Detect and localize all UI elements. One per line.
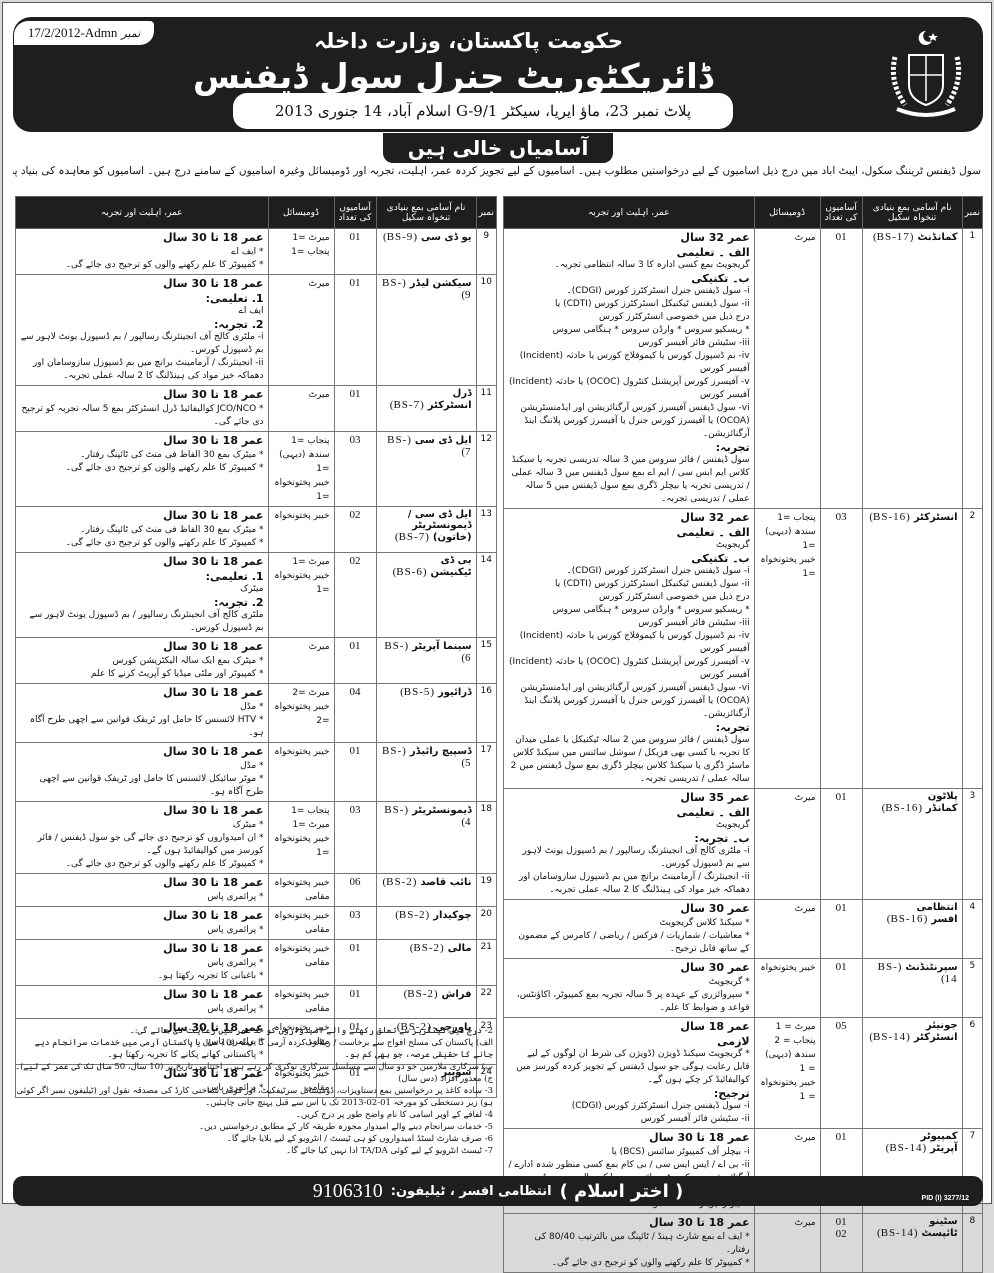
- post-name: مالی(BS-2): [376, 940, 476, 986]
- requirement-line: * معاشیات / شماریات / فزکس / ریاضی / کام…: [508, 930, 750, 956]
- age-requirement: عمر 18 تا 30 سال: [20, 277, 264, 290]
- requirement-line: * JCO/NCO کوالیفائیڈ ڈرل انسٹرکٹر بمع 5 …: [20, 403, 264, 429]
- post-count: 06: [334, 874, 376, 907]
- age-requirement: عمر 32 سال: [508, 231, 750, 244]
- post-title: مالی: [448, 943, 472, 954]
- post-title: فراش: [442, 989, 472, 1000]
- post-title: انسٹرکٹر: [914, 512, 958, 523]
- row-number: 21: [476, 940, 496, 986]
- requirement-line: * کمپیوٹر کا علم رکھنے والوں کو ترجیح دی…: [20, 462, 264, 475]
- age-requirement: عمر 30 سال: [508, 902, 750, 915]
- post-name: نائب قاصد(BS-2): [376, 874, 476, 907]
- note-item: 4- لفافے کے اوپر اسامی کا نام واضح طور پ…: [13, 1109, 493, 1121]
- vacancies-table-left: نمبر نام آسامی بمع بنیادی تنخواہ سکیل آس…: [15, 196, 497, 1098]
- count-value: 01: [339, 988, 372, 1000]
- table-row: 9یو ڈی سی(BS-9)01میرٹ =1پنجاب =1عمر 18 ت…: [16, 229, 497, 275]
- row-number: 17: [476, 743, 496, 802]
- age-requirement: عمر 18 تا 30 سال: [20, 745, 264, 758]
- post-title: یو ڈی سی: [421, 232, 472, 243]
- post-count: 01: [334, 229, 376, 275]
- requirement-line: i- بیچلر آف کمپیوٹر سائنس (BCS) یا: [508, 1146, 750, 1159]
- domicile-quota: پنجاب =1: [273, 804, 330, 818]
- domicile: خیبر پختونخواہ مقامی: [268, 940, 334, 986]
- domicile-quota: سندھ (دیہی) =1: [273, 448, 330, 476]
- requirement-line: * ان امیدواروں کو ترجیح دی جائے گی جو سو…: [20, 832, 264, 858]
- count-value: 01: [339, 640, 372, 652]
- col-domicile: ڈومیسائل: [754, 197, 820, 229]
- requirement-line: گریجویٹ: [508, 819, 750, 832]
- note-item: الف) پاکستان کی مسلح افواج سے برخاست / ر…: [13, 1037, 493, 1061]
- requirement-line: ب۔ تکنیکی: [508, 272, 750, 285]
- pay-scale: (BS-2): [404, 988, 438, 1000]
- pay-scale: (BS-6): [393, 566, 427, 578]
- officer-title: انتظامی افسر ، ٹیلیفون:: [391, 1184, 552, 1199]
- age-requirement: عمر 18 تا 30 سال: [20, 942, 264, 955]
- count-value: 01: [825, 231, 858, 243]
- requirement-line: تجربہ:: [508, 721, 750, 734]
- domicile-quota: میرٹ: [273, 640, 330, 654]
- requirement-line: ii- سول ڈیفنس ٹیکنیکل انسٹرکٹرز کورس (CD…: [508, 578, 750, 591]
- count-value: 02: [339, 555, 372, 567]
- count-value: 01: [339, 745, 372, 757]
- note-item: 3- سادہ کاغذ پر درخواستیں بمع دستاویزات،…: [13, 1085, 493, 1109]
- domicile-quota: پنجاب =1: [273, 245, 330, 259]
- requirements: عمر 18 تا 30 سال* پرائمری پاس: [16, 874, 269, 907]
- pid-number: PID (I) 3277/12: [922, 1195, 969, 1202]
- domicile: خیبر پختونخواہ مقامی: [268, 986, 334, 1019]
- requirements: عمر 18 تا 30 سال1. تعلیمی:میٹرک2. تجربہ:…: [16, 553, 269, 638]
- requirements: عمر 30 سال* گریجویٹ* سپروائزری کے عہدہ پ…: [504, 959, 755, 1018]
- post-count: 01: [334, 386, 376, 432]
- age-requirement: عمر 18 تا 30 سال: [20, 509, 264, 522]
- table-row: 6جونیئر انسٹرکٹر(BS-14)05میرٹ = 1پنجاب =…: [504, 1018, 983, 1129]
- row-number: 14: [476, 553, 496, 638]
- domicile: خیبر پختونخواہ: [268, 507, 334, 553]
- post-name: ڈرائیور(BS-5): [376, 684, 476, 743]
- requirement-line: ii- سٹیشن فائر آفیسر کورس: [508, 1113, 750, 1126]
- note-item: 7- ٹیسٹ انٹرویو کے لیے کوئی TA/DA ادا نہ…: [13, 1145, 493, 1157]
- post-title: ڈسپیچ رائیڈر: [410, 746, 472, 757]
- post-title: ڈرل انسٹرکٹر: [428, 388, 472, 411]
- age-requirement: عمر 18 تا 30 سال: [20, 988, 264, 1001]
- requirement-line: i- ملٹری کالج آف انجینئرنگ رسالپور / بم …: [508, 845, 750, 871]
- requirement-line: * کمپیوٹر کا علم رکھنے والوں کو ترجیح دی…: [20, 537, 264, 550]
- count-value: 04: [339, 686, 372, 698]
- requirements: عمر 18 تا 30 سال* پرائمری پاس* باغبانی ک…: [16, 940, 269, 986]
- row-number: 2: [962, 509, 982, 789]
- requirements: عمر 18 تا 30 سال* مڈل* موٹر سائیکل لائسن…: [16, 743, 269, 802]
- pay-scale: (BS-17): [873, 231, 913, 243]
- age-requirement: عمر 18 تا 30 سال: [20, 388, 264, 401]
- post-count: 01: [334, 986, 376, 1019]
- col-count: آسامیوں کی تعداد: [820, 197, 862, 229]
- note-item: ج) معذور افراد (دس سال): [13, 1073, 493, 1085]
- post-name: انتظامی افسر(BS-16): [862, 900, 962, 959]
- requirement-line: ملٹری کالج آف انجینئرنگ رسالپور / بم ڈسپ…: [20, 609, 264, 635]
- row-number: 20: [476, 907, 496, 940]
- post-count: 03: [820, 509, 862, 789]
- domicile: میرٹ: [268, 386, 334, 432]
- age-requirement: عمر 18 تا 30 سال: [20, 640, 264, 653]
- table-row: 13ایل ڈی سی / ڈیمونسٹریٹر (خاتون)(BS-7)0…: [16, 507, 497, 553]
- domicile: پنجاب =1سندھ (دیہی) =1خیبر پختونخواہ =1: [268, 432, 334, 507]
- row-number: 13: [476, 507, 496, 553]
- age-requirement: عمر 18 تا 30 سال: [20, 231, 264, 244]
- requirements: عمر 18 تا 30 سال* مڈل* HTV لائسنس کا حام…: [16, 684, 269, 743]
- domicile: میرٹ =1پنجاب =1: [268, 229, 334, 275]
- requirement-line: ii- انجینئرنگ / آرمامینٹ برانچ میں بم ڈس…: [20, 357, 264, 383]
- signature-footer: ( اختر اسلام ) انتظامی افسر ، ٹیلیفون: 9…: [13, 1176, 983, 1206]
- age-requirement: عمر 30 سال: [508, 961, 750, 974]
- post-name: سپرنٹنڈنٹ(BS-14): [862, 959, 962, 1018]
- reference-number-label: نمبر: [121, 27, 140, 40]
- post-name: ڈسپیچ رائیڈر(BS-5): [376, 743, 476, 802]
- requirement-line: ii- انجینئرنگ / آرمامینٹ برانچ میں بم ڈس…: [508, 871, 750, 897]
- pay-scale: (BS-2): [395, 909, 429, 921]
- post-title: پلاٹون کمانڈر: [926, 791, 958, 814]
- domicile-quota: پنجاب =1: [273, 434, 330, 448]
- table-row: 21مالی(BS-2)01خیبر پختونخواہ مقامیعمر 18…: [16, 940, 497, 986]
- col-requirements: عمر، اہلیت اور تجربہ: [504, 197, 755, 229]
- table-row: 15سینما آپریٹر(BS-6)01میرٹعمر 18 تا 30 س…: [16, 638, 497, 684]
- post-count: 05: [820, 1018, 862, 1129]
- domicile: خیبر پختونخواہ: [268, 743, 334, 802]
- domicile-quota: میرٹ =2: [273, 686, 330, 700]
- count-value: 01: [825, 1131, 858, 1143]
- intro-text: سول ڈیفنس ٹریننگ سکول، ایبٹ آباد میں درج…: [13, 165, 981, 177]
- count-value: 01: [825, 902, 858, 914]
- table-row: 18ڈیمونسٹریٹر(BS-4)03پنجاب =1میرٹ =1خیبر…: [16, 802, 497, 874]
- post-title: سینما آپریٹر: [412, 641, 471, 652]
- requirement-line: ترجیح:: [508, 1087, 750, 1100]
- requirements: عمر 18 تا 30 سال* پرائمری پاس: [16, 907, 269, 940]
- col-requirements: عمر، اہلیت اور تجربہ: [16, 197, 269, 229]
- col-name: نام آسامی بمع بنیادی تنخواہ سکیل: [862, 197, 962, 229]
- terms-notes: 2- درج ذیل کیٹگریز سے تعلق رکھنے والے ام…: [13, 1025, 493, 1157]
- post-count: 03: [334, 907, 376, 940]
- col-name: نام آسامی بمع بنیادی تنخواہ سکیل: [376, 197, 476, 229]
- domicile-quota: خیبر پختونخواہ =2: [273, 700, 330, 728]
- post-name: ڈرل انسٹرکٹر(BS-7): [376, 386, 476, 432]
- address-line: پلاٹ نمبر 23، ماؤ ایریا، سیکٹر G-9/1 اسل…: [233, 93, 733, 129]
- requirement-line: * میٹرک بمع 30 الفاظ فی منٹ کی ٹائپنگ رف…: [20, 449, 264, 462]
- post-name: ایل ڈی سی(BS-7): [376, 432, 476, 507]
- pay-scale: (BS-2): [410, 942, 444, 954]
- note-item: 6- صرف شارٹ لسٹڈ امیدواروں کو ہی ٹیسٹ / …: [13, 1133, 493, 1145]
- pay-scale: (BS-9): [383, 231, 417, 243]
- domicile-quota: سندھ (دیہی) = 1: [759, 1048, 816, 1076]
- count-value: 01: [339, 231, 372, 243]
- domicile-quota: خیبر پختونخواہ: [759, 961, 816, 975]
- post-count: 03: [334, 432, 376, 507]
- table-row: 20چوکیدار(BS-2)03خیبر پختونخواہ مقامیعمر…: [16, 907, 497, 940]
- row-number: 9: [476, 229, 496, 275]
- requirement-line: گریجویٹ بمع کسی ادارہ کا 3 سالہ انتظامی …: [508, 259, 750, 272]
- domicile: میرٹ: [268, 638, 334, 684]
- age-requirement: عمر 18 تا 30 سال: [20, 686, 264, 699]
- requirement-line: * سیکنڈ کلاس گریجویٹ: [508, 917, 750, 930]
- pay-scale: (BS-16): [887, 913, 927, 925]
- count-value: 05: [825, 1020, 858, 1032]
- count-value: 03: [339, 434, 372, 446]
- domicile-quota: میرٹ: [759, 231, 816, 245]
- domicile: میرٹ: [754, 229, 820, 509]
- post-name: فراش(BS-2): [376, 986, 476, 1019]
- domicile: میرٹ: [754, 900, 820, 959]
- requirements: عمر 18 تا 30 سال* پرائمری پاس: [16, 986, 269, 1019]
- ministry-title: حکومت پاکستان، وزارت داخلہ: [314, 29, 623, 53]
- age-requirement: عمر 35 سال: [508, 791, 750, 804]
- row-number: 5: [962, 959, 982, 1018]
- requirements: عمر 18 تا 30 سال* JCO/NCO کوالیفائیڈ ڈرل…: [16, 386, 269, 432]
- domicile-quota: میرٹ =1: [273, 555, 330, 569]
- requirement-line: iv- بم ڈسپوزل کورس یا کیموفلاج کورس یا ح…: [508, 350, 750, 376]
- requirement-line: * گریجویٹ: [508, 976, 750, 989]
- requirement-line: * پرائمری پاس: [20, 957, 264, 970]
- post-title: بی ڈی ٹیکنیشن: [431, 555, 472, 578]
- requirement-line: * گریجویٹ سیکنڈ ڈویژن (ڈویژن کی شرط ان ل…: [508, 1048, 750, 1087]
- pay-scale: (BS-16): [882, 802, 922, 814]
- post-name: جونیئر انسٹرکٹر(BS-14): [862, 1018, 962, 1129]
- table-row: 10سیکشن لیڈر(BS-9)01میرٹعمر 18 تا 30 سال…: [16, 275, 497, 386]
- post-name: ڈیمونسٹریٹر(BS-4): [376, 802, 476, 874]
- requirement-line: * مڈل: [20, 701, 264, 714]
- post-count: 01: [820, 789, 862, 900]
- row-number: 12: [476, 432, 496, 507]
- domicile: میرٹ: [754, 789, 820, 900]
- count-value: 03: [825, 511, 858, 523]
- pay-scale: (BS-14): [869, 1031, 909, 1043]
- domicile-quota: خیبر پختونخواہ: [273, 509, 330, 523]
- note-item: ب) سرکاری ملازمین جو دو سال سے مسلسل سرک…: [13, 1061, 493, 1073]
- requirement-line: 1. تعلیمی:: [20, 570, 264, 583]
- post-title: سیکشن لیڈر: [410, 278, 472, 289]
- requirement-line: * ریسکیو سروس * وارڈن سروس * ہنگامی سروس: [508, 604, 750, 617]
- requirements: عمر 32 سالالف ۔ تعلیمیگریجویٹب۔ تکنیکیi-…: [504, 509, 755, 789]
- domicile-quota: خیبر پختونخواہ =1: [759, 553, 816, 581]
- domicile-quota: میرٹ =1: [273, 231, 330, 245]
- vacancies-banner: آسامیاں خالی ہیں: [383, 133, 613, 163]
- post-title: سپرنٹنڈنٹ: [905, 962, 957, 973]
- post-title: ڈیمونسٹریٹر: [412, 805, 471, 816]
- reference-number-value: 17/2/2012-Admn: [28, 25, 118, 41]
- domicile-quota: خیبر پختونخواہ = 1: [759, 1076, 816, 1104]
- requirements: عمر 35 سالالف ۔ تعلیمیگریجویٹب۔ تجربہ:i-…: [504, 789, 755, 900]
- age-requirement: عمر 18 تا 30 سال: [20, 909, 264, 922]
- post-count: 01: [334, 940, 376, 986]
- table-row: 3پلاٹون کمانڈر(BS-16)01میرٹعمر 35 سالالف…: [504, 789, 983, 900]
- col-count: آسامیوں کی تعداد: [334, 197, 376, 229]
- requirement-line: i- سول ڈیفنس جنرل انسٹرکٹرز کورس (CDGI)۔: [508, 285, 750, 298]
- row-number: 16: [476, 684, 496, 743]
- post-name: پلاٹون کمانڈر(BS-16): [862, 789, 962, 900]
- domicile-quota: خیبر پختونخواہ =1: [273, 476, 330, 504]
- row-number: 10: [476, 275, 496, 386]
- requirement-line: * کمپیوٹر کا علم رکھنے والوں کو ترجیح دی…: [20, 858, 264, 871]
- requirement-line: گریجویٹ: [508, 539, 750, 552]
- job-advertisement-page: 17/2/2012-Admn نمبر حکومت پاکستان، وزارت…: [2, 2, 992, 1204]
- col-domicile: ڈومیسائل: [268, 197, 334, 229]
- domicile-quota: میرٹ: [759, 902, 816, 916]
- post-count: 04: [334, 684, 376, 743]
- note-item: 2- درج ذیل کیٹگریز سے تعلق رکھنے والے ام…: [13, 1025, 493, 1037]
- table-header-row: نمبر نام آسامی بمع بنیادی تنخواہ سکیل آس…: [504, 197, 983, 229]
- requirement-line: 1. تعلیمی:: [20, 292, 264, 305]
- post-title: نائب قاصد: [420, 877, 471, 888]
- pay-scale: (BS-7): [395, 531, 429, 543]
- post-title: کمانڈنٹ: [917, 232, 957, 243]
- requirement-line: * کمپیوٹر کا علم رکھنے والوں کو ترجیح دی…: [20, 259, 264, 272]
- pay-scale: (BS-2): [383, 876, 417, 888]
- requirement-line: * پرائمری پاس: [20, 924, 264, 937]
- domicile-quota: خیبر پختونخواہ مقامی: [273, 876, 330, 904]
- requirement-line: 2. تجربہ:: [20, 596, 264, 609]
- domicile-quota: میرٹ: [759, 1131, 816, 1145]
- row-number: 1: [962, 229, 982, 509]
- count-value: 01: [339, 277, 372, 289]
- age-requirement: عمر 18 تا 30 سال: [20, 555, 264, 568]
- domicile-quota: میرٹ =1: [273, 818, 330, 832]
- table-row: 17ڈسپیچ رائیڈر(BS-5)01خیبر پختونخواہعمر …: [16, 743, 497, 802]
- requirement-line: سول ڈیفنس / فائر سروس میں 3 سالہ تدریسی …: [508, 454, 750, 506]
- domicile-quota: میرٹ: [759, 791, 816, 805]
- requirement-line: 2. تجربہ:: [20, 318, 264, 331]
- pay-scale: (BS-7): [390, 399, 424, 411]
- row-number: 6: [962, 1018, 982, 1129]
- table-row: 16ڈرائیور(BS-5)04میرٹ =2خیبر پختونخواہ =…: [16, 684, 497, 743]
- post-name: چوکیدار(BS-2): [376, 907, 476, 940]
- note-item: 5- خدمات سرانجام دینے والے امیدوار مجوزہ…: [13, 1121, 493, 1133]
- age-requirement: عمر 18 تا 30 سال: [20, 434, 264, 447]
- table-row: 2انسٹرکٹر(BS-16)03پنجاب =1سندھ (دیہی) =1…: [504, 509, 983, 789]
- requirement-line: i- سول ڈیفنس جنرل انسٹرکٹرز کورس (CDGI): [508, 1100, 750, 1113]
- requirement-line: الف ۔ تعلیمی: [508, 246, 750, 259]
- requirement-line: درج ذیل میں خصوصی انسٹرکٹرز کورس: [508, 311, 750, 324]
- domicile-quota: خیبر پختونخواہ مقامی: [273, 988, 330, 1016]
- requirement-line: * میٹرک بمع 30 الفاظ فی منٹ کی ٹائپنگ رف…: [20, 524, 264, 537]
- table-row: 22فراش(BS-2)01خیبر پختونخواہ مقامیعمر 18…: [16, 986, 497, 1019]
- row-number: 19: [476, 874, 496, 907]
- post-count: 02: [334, 553, 376, 638]
- table-row: 4انتظامی افسر(BS-16)01میرٹعمر 30 سال* سی…: [504, 900, 983, 959]
- count-value: 06: [339, 876, 372, 888]
- count-value: 02: [339, 509, 372, 521]
- post-count: 01: [334, 638, 376, 684]
- row-number: 22: [476, 986, 496, 1019]
- domicile: میرٹ: [268, 275, 334, 386]
- vacancies-table-right: نمبر نام آسامی بمع بنیادی تنخواہ سکیل آس…: [503, 196, 983, 1206]
- domicile-quota: خیبر پختونخواہ: [273, 745, 330, 759]
- domicile-quota: پنجاب = 2: [759, 1034, 816, 1048]
- requirement-line: iii- سٹیشن فائر آفیسر کورس: [508, 337, 750, 350]
- domicile: خیبر پختونخواہ مقامی: [268, 907, 334, 940]
- post-count: 01: [334, 743, 376, 802]
- requirement-line: * میٹرک بمع ایک سالہ الیکٹریشن کورس: [20, 655, 264, 668]
- post-title: ایل ڈی سی: [415, 435, 472, 446]
- post-title: ڈرائیور: [438, 687, 472, 698]
- domicile-quota: میرٹ = 1: [759, 1020, 816, 1034]
- age-requirement: عمر 18 تا 30 سال: [20, 804, 264, 817]
- post-count: 01: [820, 900, 862, 959]
- requirement-line: i- ملٹری کالج آف انجینئرنگ رسالپور / بم …: [20, 331, 264, 357]
- count-value: 01: [825, 791, 858, 803]
- requirements: عمر 18 تا 30 سال1. تعلیمی:ایف اے2. تجربہ…: [16, 275, 269, 386]
- requirement-line: iv- بم ڈسپوزل کورس یا کیموفلاج کورس یا ح…: [508, 630, 750, 656]
- domicile: پنجاب =1میرٹ =1خیبر پختونخواہ =1: [268, 802, 334, 874]
- col-no: نمبر: [476, 197, 496, 229]
- count-value: 03: [339, 804, 372, 816]
- requirements: عمر 18 تا 30 سال* میٹرک* ان امیدواروں کو…: [16, 802, 269, 874]
- requirement-line: * ریسکیو سروس * وارڈن سروس * ہنگامی سروس: [508, 324, 750, 337]
- requirement-line: * کمپیوٹر اور ملٹی میڈیا کو آپریٹ کرنے ک…: [20, 668, 264, 681]
- count-value: 01: [339, 942, 372, 954]
- post-name: یو ڈی سی(BS-9): [376, 229, 476, 275]
- requirement-line: میٹرک: [20, 583, 264, 596]
- table-header-row: نمبر نام آسامی بمع بنیادی تنخواہ سکیل آس…: [16, 197, 497, 229]
- requirement-line: * میٹرک: [20, 819, 264, 832]
- domicile: خیبر پختونخواہ: [754, 959, 820, 1018]
- requirement-line: vi- سول ڈیفنس آفیسرز کورس آرگنائزیشن اور…: [508, 402, 750, 441]
- requirements: عمر 32 سالالف ۔ تعلیمیگریجویٹ بمع کسی اد…: [504, 229, 755, 509]
- pakistan-state-emblem-icon: [881, 27, 971, 123]
- requirement-line: ایف اے: [20, 305, 264, 318]
- phone-number: 9106310: [313, 1180, 383, 1203]
- post-name: کمانڈنٹ(BS-17): [862, 229, 962, 509]
- domicile-quota: پنجاب =1: [759, 511, 816, 525]
- table-row: 11ڈرل انسٹرکٹر(BS-7)01میرٹعمر 18 تا 30 س…: [16, 386, 497, 432]
- post-name: سینما آپریٹر(BS-6): [376, 638, 476, 684]
- domicile-quota: خیبر پختونخواہ مقامی: [273, 909, 330, 937]
- count-value: 03: [339, 909, 372, 921]
- post-count: 01: [820, 229, 862, 509]
- domicile-quota: خیبر پختونخواہ =1: [273, 832, 330, 860]
- domicile: میرٹ = 1پنجاب = 2سندھ (دیہی) = 1خیبر پخت…: [754, 1018, 820, 1129]
- pay-scale: (BS-16): [869, 511, 909, 523]
- table-row: 12ایل ڈی سی(BS-7)03پنجاب =1سندھ (دیہی) =…: [16, 432, 497, 507]
- requirement-line: ب۔ تجربہ:: [508, 832, 750, 845]
- post-count: 02: [334, 507, 376, 553]
- requirements: عمر 18 ساللازمی* گریجویٹ سیکنڈ ڈویژن (ڈو…: [504, 1018, 755, 1129]
- requirement-line: الف ۔ تعلیمی: [508, 806, 750, 819]
- row-number: 15: [476, 638, 496, 684]
- requirement-line: * پرائمری پاس: [20, 891, 264, 904]
- requirement-line: v- آفیسرز کورس آپریشنل کنٹرول (OCOC) یا …: [508, 376, 750, 402]
- requirements: عمر 18 تا 30 سال* ایف اے* کمپیوٹر کا علم…: [16, 229, 269, 275]
- count-value: 01: [825, 961, 858, 973]
- domicile: خیبر پختونخواہ مقامی: [268, 874, 334, 907]
- row-number: 3: [962, 789, 982, 900]
- post-count: 01: [334, 275, 376, 386]
- post-name: بی ڈی ٹیکنیشن(BS-6): [376, 553, 476, 638]
- domicile: میرٹ =1خیبر پختونخواہ =1: [268, 553, 334, 638]
- count-value: 01: [339, 388, 372, 400]
- requirement-line: iii- سٹیشن فائر آفیسر کورس: [508, 617, 750, 630]
- domicile-quota: میرٹ: [273, 388, 330, 402]
- requirement-line: * HTV لائسنس کا حامل اور ٹریفک قوانین سے…: [20, 714, 264, 740]
- age-requirement: عمر 32 سال: [508, 511, 750, 524]
- requirements: عمر 18 تا 30 سال* میٹرک بمع ایک سالہ الی…: [16, 638, 269, 684]
- requirement-line: * سپروائزری کے عہدہ پر 5 سالہ تجربہ بمع …: [508, 989, 750, 1015]
- requirements: عمر 18 تا 30 سال* میٹرک بمع 30 الفاظ فی …: [16, 507, 269, 553]
- directorate-title: ڈائریکٹوریٹ جنرل سول ڈیفنس: [33, 57, 873, 97]
- requirement-line: * مڈل: [20, 760, 264, 773]
- post-title: جونیئر انسٹرکٹر: [914, 1020, 958, 1043]
- row-number: 11: [476, 386, 496, 432]
- requirement-line: * موٹر سائیکل لائسنس کا حامل اور ٹریفک ق…: [20, 773, 264, 799]
- requirements: عمر 18 تا 30 سال* میٹرک بمع 30 الفاظ فی …: [16, 432, 269, 507]
- requirement-line: i- سول ڈیفنس جنرل انسٹرکٹرز کورس (CDGI)۔: [508, 565, 750, 578]
- post-count: 03: [334, 802, 376, 874]
